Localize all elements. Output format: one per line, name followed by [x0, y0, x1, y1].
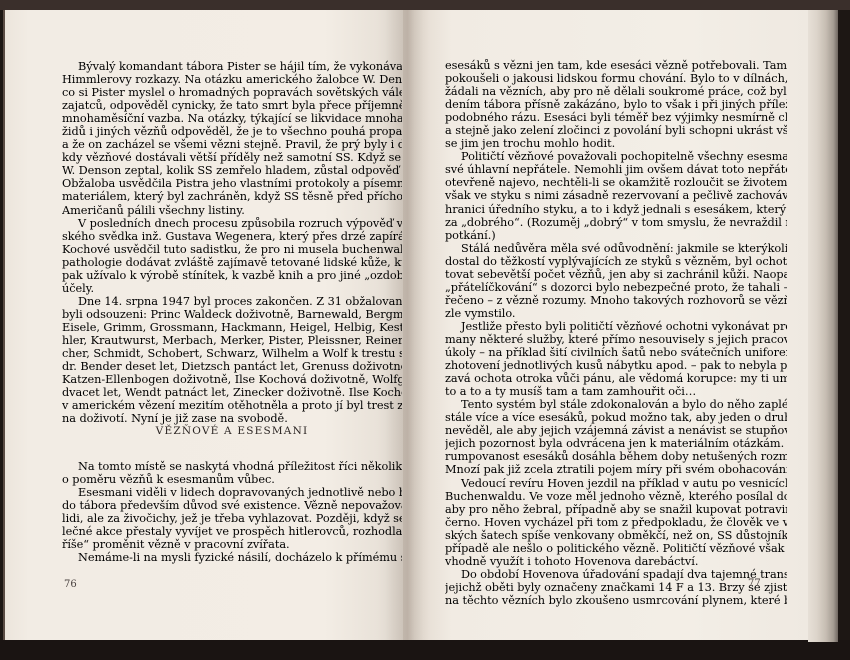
- text-line: Nemáme-li na mysli fyzické násilí, dochá…: [62, 551, 402, 564]
- text-line: černo. Hoven vycházel při tom z předpokl…: [445, 516, 787, 529]
- text-line: na doživotí. Nyní je již zase na svobodě…: [62, 412, 402, 425]
- text-line: jejichž oběti byly označeny značkami 14 …: [445, 581, 787, 594]
- text-line: cher, Schmidt, Schobert, Schwarz, Wilhel…: [62, 347, 402, 360]
- page-number-right: 77: [748, 578, 761, 589]
- text-line: potkání.): [445, 229, 787, 242]
- text-line: Katzen-Ellenbogen doživotně, Ilse Kochov…: [62, 373, 402, 386]
- text-line: many některé služby, které přímo nesouvi…: [445, 333, 787, 346]
- text-line: Američanů pálili všechny listiny.: [62, 204, 402, 217]
- text-line: zavá ochota otroka vůči pánu, ale vědomá…: [445, 372, 787, 385]
- text-line: co si Pister myslel o hromadných popravá…: [62, 86, 402, 99]
- text-line: na těchto vězních bylo zkoušeno usmrcová…: [445, 594, 787, 607]
- book-spread: Bývalý komandant tábora Pister se hájil …: [0, 0, 850, 660]
- right-page-body: esesáků s vězni jen tam, kde esesáci věz…: [445, 59, 787, 607]
- text-line: zajatců, odpověděl cynicky, že tato smrt…: [62, 99, 402, 112]
- text-line: Do období Hovenova úřadování spadají dva…: [445, 568, 787, 581]
- text-line: V posledních dnech procesu způsobila roz…: [62, 217, 402, 230]
- text-line: Tento systém byl stále zdokonalován a by…: [445, 398, 787, 411]
- text-line: kdy vězňové dostávali větší příděly než …: [62, 151, 402, 164]
- text-line: Buchenwaldu. Ve voze měl jednoho vězně, …: [445, 490, 787, 503]
- text-line: esesáků s vězni jen tam, kde esesáci věz…: [445, 59, 787, 72]
- text-line: v americkém vězení mezitím otěhotněla a …: [62, 399, 402, 412]
- text-line: dvacet let, Wendt patnáct let, Zinecker …: [62, 386, 402, 399]
- text-line: Na tomto místě se naskytá vhodná příleži…: [62, 460, 402, 473]
- text-line: nevěděl, ale aby jejich vzájemná závist …: [445, 424, 787, 437]
- scanner-background-bottom: [0, 640, 850, 660]
- text-line: Eisele, Grimm, Grossmann, Hackmann, Heig…: [62, 321, 402, 334]
- text-line: zle vymstilo.: [445, 307, 787, 320]
- text-line: aby pro něho žebral, případně aby se sna…: [445, 503, 787, 516]
- scanner-background-top: [0, 0, 850, 10]
- text-line: otevřeně najevo, nechtěli-li se okamžitě…: [445, 176, 787, 189]
- left-page-body-part2: Na tomto místě se naskytá vhodná příleži…: [62, 460, 402, 564]
- text-line: Obžaloba usvědčila Pistra jeho vlastními…: [62, 177, 402, 190]
- text-line: rumpovanost esesáků dosáhla během doby n…: [445, 450, 787, 463]
- text-line: dr. Bender deset let, Dietzsch pantáct l…: [62, 360, 402, 373]
- text-line: říše“ proměnit vězně v pracovní zvířata.: [62, 538, 402, 551]
- text-line: jejich pozornost byla odvrácena jen k ma…: [445, 437, 787, 450]
- text-line: Dne 14. srpna 1947 byl proces zakončen. …: [62, 295, 402, 308]
- text-line: Himmlerovy rozkazy. Na otázku amerického…: [62, 73, 402, 86]
- text-line: tovat sebevětší počet vězňů, jen aby si …: [445, 268, 787, 281]
- text-line: Kochové usvědčil tuto sadistku, že pro n…: [62, 243, 402, 256]
- text-line: řečeno – z vězně rozumy. Mnoho takových …: [445, 294, 787, 307]
- text-line: zhotovení jednotlivých kusů nábytku apod…: [445, 359, 787, 372]
- text-line: žádali na vězních, aby pro ně dělali sou…: [445, 85, 787, 98]
- text-line: své úhlavní nepřátele. Nemohli jim ovšem…: [445, 163, 787, 176]
- text-line: a že on zacházel se všemi vězni stejně. …: [62, 138, 402, 151]
- text-line: Esesmani viděli v lidech dopravovaných j…: [62, 486, 402, 499]
- text-line: o poměru vězňů k esesmanům vůbec.: [62, 473, 402, 486]
- text-line: „přátelíčkování“ s dozorci bylo nebezpeč…: [445, 281, 787, 294]
- text-line: materiálem, který byl zachráněn, když SS…: [62, 190, 402, 203]
- text-line: Stálá nedůvěra měla své odůvodnění: jakm…: [445, 242, 787, 255]
- text-line: W. Denson zeptal, kolik SS zemřelo hlade…: [62, 164, 402, 177]
- text-line: pokoušeli o jakousi lidskou formu chován…: [445, 72, 787, 85]
- text-line: ského svědka inž. Gustava Wegenera, kter…: [62, 230, 402, 243]
- text-line: židů i jiných vězňů odpověděl, že je to …: [62, 125, 402, 138]
- page-number-left: 76: [64, 579, 77, 590]
- text-line: dením tábora přísně zakázáno, bylo to vš…: [445, 98, 787, 111]
- text-line: a stejně jako zelení zločinci z povolání…: [445, 124, 787, 137]
- text-line: mnohaměsíční vazba. Na otázky, týkající …: [62, 112, 402, 125]
- page-edges: [808, 10, 838, 642]
- text-line: lidi, ale za živočichy, jež je třeba vyh…: [62, 512, 402, 525]
- text-line: podobného rázu. Esesáci byli téměř bez v…: [445, 111, 787, 124]
- text-line: úkoly – na příklad šití civilních šatů n…: [445, 346, 787, 359]
- section-heading: VĚZŇOVÉ A ESESMANI: [62, 425, 402, 437]
- text-line: vhodně využít i tohoto Hovenova darebáct…: [445, 555, 787, 568]
- text-line: Mnozí pak již zcela ztratili pojem míry …: [445, 463, 787, 476]
- text-line: za „dobrého“. (Rozuměj „dobrý“ v tom smy…: [445, 216, 787, 229]
- left-page-body-part1: Bývalý komandant tábora Pister se hájil …: [62, 60, 402, 425]
- text-line: to a to a ty musíš tam a tam zamhouřit o…: [445, 385, 787, 398]
- text-line: se jim jen trochu mohlo hodit.: [445, 137, 787, 150]
- text-line: hler, Krautwurst, Merbach, Merker, Piste…: [62, 334, 402, 347]
- text-line: však ve styku s nimi zásadně rezervovaní…: [445, 189, 787, 202]
- text-line: Jestliže přesto byli političtí vězňové o…: [445, 320, 787, 333]
- text-line: Političtí vězňové považovali pochopiteln…: [445, 150, 787, 163]
- text-line: pathologie dodávat zvláště zajímavě teto…: [62, 256, 402, 269]
- text-line: případě ale nešlo o politického vězně. P…: [445, 542, 787, 555]
- text-line: do tábora především důvod své existence.…: [62, 499, 402, 512]
- text-line: stále více a více esesáků, pokud možno t…: [445, 411, 787, 424]
- text-line: Vedoucí revíru Hoven jezdil na příklad v…: [445, 477, 787, 490]
- text-line: pak užívalo k výrobě stínítek, k vazbě k…: [62, 269, 402, 282]
- text-line: ských šatech spíše venkovany obměkčí, ne…: [445, 529, 787, 542]
- text-line: byli odsouzeni: Princ Waldeck doživotně,…: [62, 308, 402, 321]
- text-line: hranici úředního styku, a to i když jedn…: [445, 203, 787, 216]
- text-line: Bývalý komandant tábora Pister se hájil …: [62, 60, 402, 73]
- text-line: účely.: [62, 282, 402, 295]
- text-line: lečné akce přestaly vyvíjet ve prospěch …: [62, 525, 402, 538]
- text-line: dostal do těžkostí vyplývajících ze styk…: [445, 255, 787, 268]
